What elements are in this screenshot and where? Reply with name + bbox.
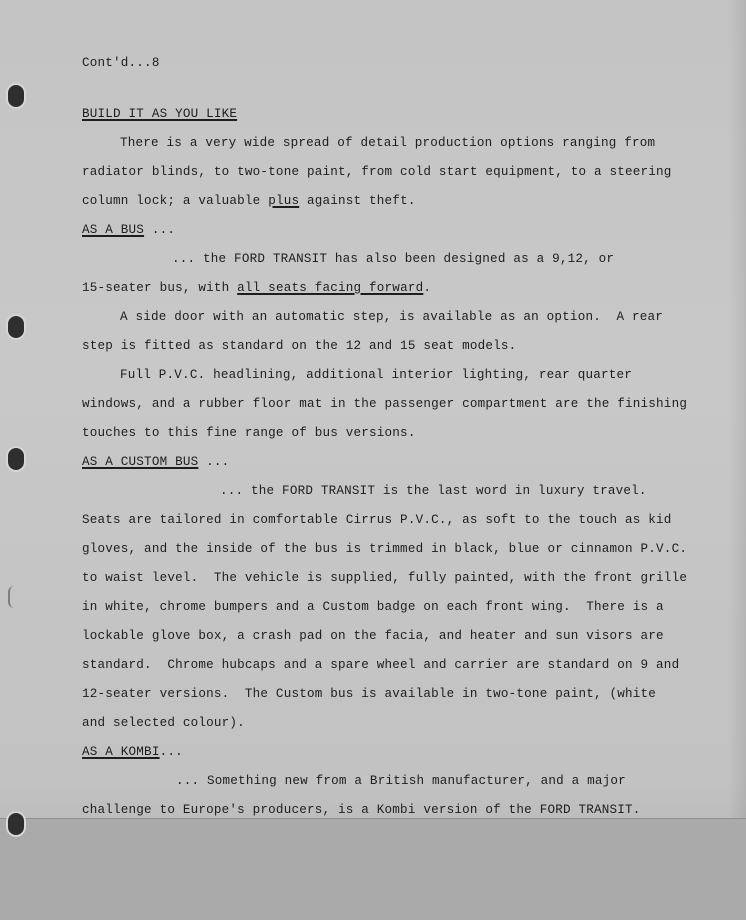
section-heading-bus: AS A BUS ...: [82, 223, 175, 237]
section-heading-custom-bus: AS A CUSTOM BUS ...: [82, 455, 229, 469]
punch-hole-icon: [8, 85, 24, 107]
page-marker: Cont'd...8: [82, 56, 160, 70]
text-line: standard. Chrome hubcaps and a spare whe…: [82, 658, 679, 672]
text-line: Full P.V.C. headlining, additional inter…: [120, 368, 632, 382]
text-line: touches to this fine range of bus versio…: [82, 426, 416, 440]
text-line: lockable glove box, a crash pad on the f…: [82, 629, 664, 643]
text-line: step is fitted as standard on the 12 and…: [82, 339, 516, 353]
text-line: and selected colour).: [82, 716, 245, 730]
text-line: windows, and a rubber floor mat in the p…: [82, 397, 687, 411]
page-bottom-edge: [0, 818, 746, 920]
text-line: ... the FORD TRANSIT has also been desig…: [172, 252, 614, 266]
text-line-with-underline: 15-seater bus, with all seats facing for…: [82, 281, 431, 295]
text-line: A side door with an automatic step, is a…: [120, 310, 663, 324]
section-heading-kombi: AS A KOMBI...: [82, 745, 183, 759]
underlined-phrase: all seats facing forward: [237, 281, 423, 295]
heading-text: AS A BUS: [82, 223, 144, 237]
text-line: gloves, and the inside of the bus is tri…: [82, 542, 687, 556]
text-fragment: 15-seater bus, with: [82, 281, 237, 295]
text-line: 12-seater versions. The Custom bus is av…: [82, 687, 656, 701]
punch-hole-icon: [8, 813, 24, 835]
heading-suffix: ...: [160, 745, 183, 759]
text-fragment: against theft.: [299, 194, 415, 208]
page-shadow: [728, 0, 746, 920]
text-line: ... Something new from a British manufac…: [176, 774, 626, 788]
heading-text: AS A CUSTOM BUS: [82, 455, 198, 469]
heading-text: AS A KOMBI: [82, 745, 160, 759]
text-line: Seats are tailored in comfortable Cirrus…: [82, 513, 672, 527]
punch-hole-icon: [8, 316, 24, 338]
underlined-word: plus: [268, 194, 299, 208]
heading-suffix: ...: [198, 455, 229, 469]
heading-suffix: ...: [144, 223, 175, 237]
section-heading-build: BUILD IT AS YOU LIKE: [82, 107, 237, 121]
punch-hole-icon: [8, 586, 20, 608]
text-line: ... the FORD TRANSIT is the last word in…: [220, 484, 647, 498]
text-line: radiator blinds, to two-tone paint, from…: [82, 165, 672, 179]
heading-text: BUILD IT AS YOU LIKE: [82, 107, 237, 121]
text-fragment: .: [423, 281, 431, 295]
punch-hole-icon: [8, 448, 24, 470]
text-fragment: column lock; a valuable: [82, 194, 268, 208]
text-line: challenge to Europe's producers, is a Ko…: [82, 803, 641, 817]
scanned-page: Cont'd...8 BUILD IT AS YOU LIKE There is…: [0, 0, 746, 920]
text-line-with-underline: column lock; a valuable plus against the…: [82, 194, 416, 208]
text-line: in white, chrome bumpers and a Custom ba…: [82, 600, 664, 614]
text-line: There is a very wide spread of detail pr…: [120, 136, 655, 150]
text-line: to waist level. The vehicle is supplied,…: [82, 571, 687, 585]
